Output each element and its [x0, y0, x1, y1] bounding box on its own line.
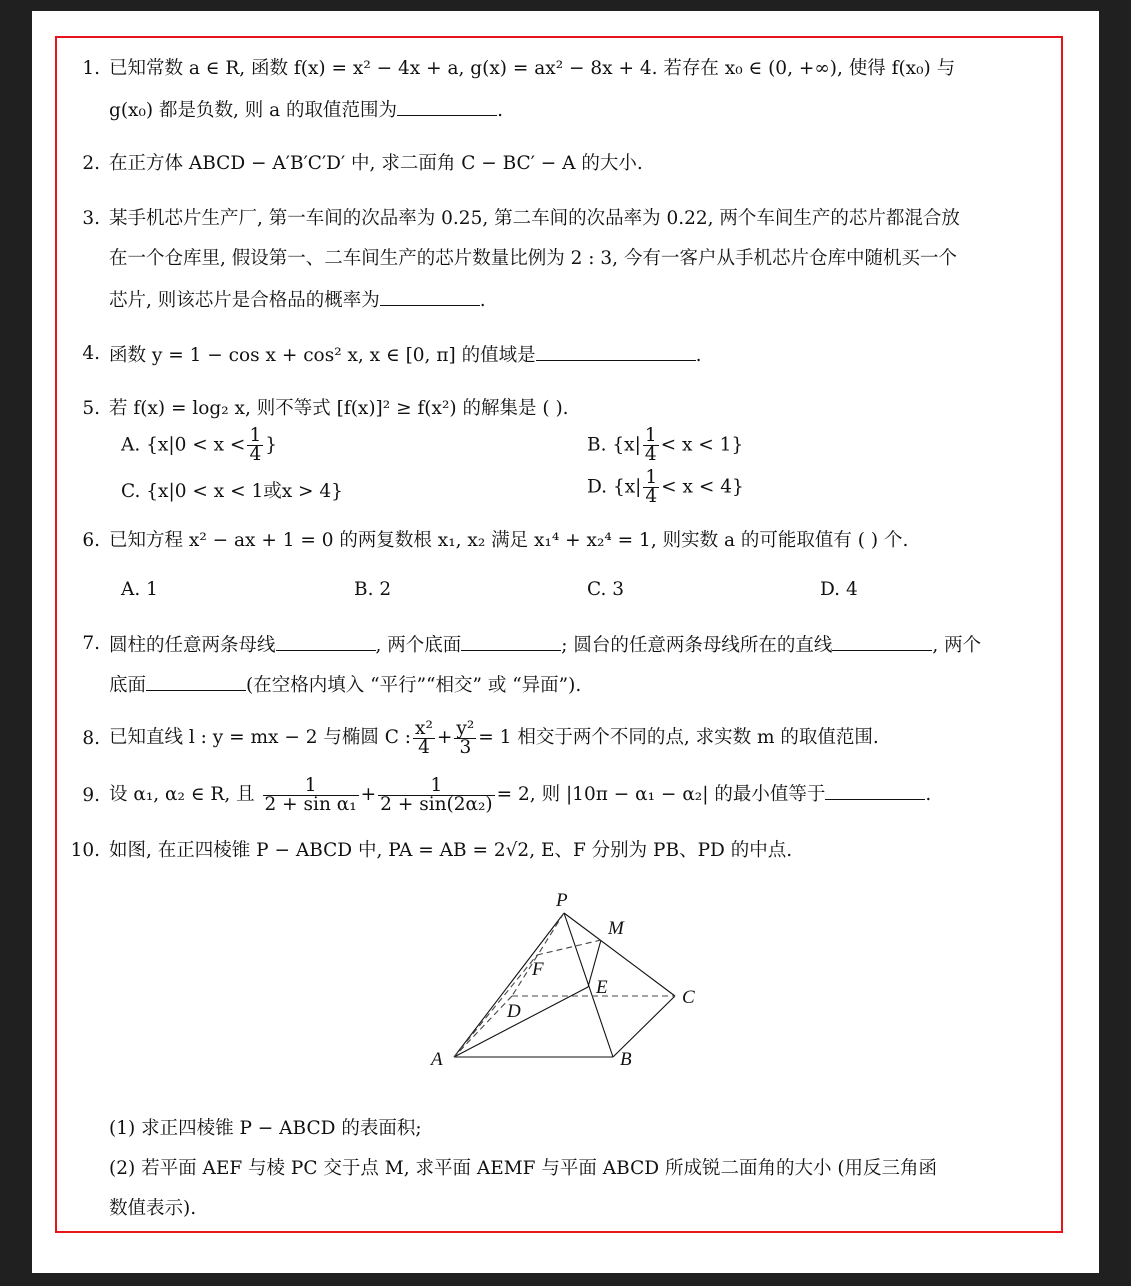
label-m: M: [607, 918, 625, 939]
label-p: P: [555, 890, 568, 911]
document-page: 1. 已知常数 a ∈ R, 函数 f(x) = x² − 4x + a, g(…: [32, 11, 1099, 1273]
label-d: D: [506, 1001, 521, 1022]
label-a: A: [429, 1049, 443, 1070]
label-f: F: [531, 959, 544, 980]
q10-sub1: (1) 求正四棱锥 P − ABCD 的表面积;: [109, 1117, 422, 1141]
label-b: B: [620, 1049, 632, 1070]
q10-sub2-cont: 数值表示).: [109, 1197, 196, 1221]
pyramid-figure: P M F E C D A B: [32, 11, 1099, 1273]
label-c: C: [682, 987, 695, 1008]
q10-sub2: (2) 若平面 AEF 与棱 PC 交于点 M, 求平面 AEMF 与平面 AB…: [109, 1157, 937, 1181]
label-e: E: [595, 977, 608, 998]
